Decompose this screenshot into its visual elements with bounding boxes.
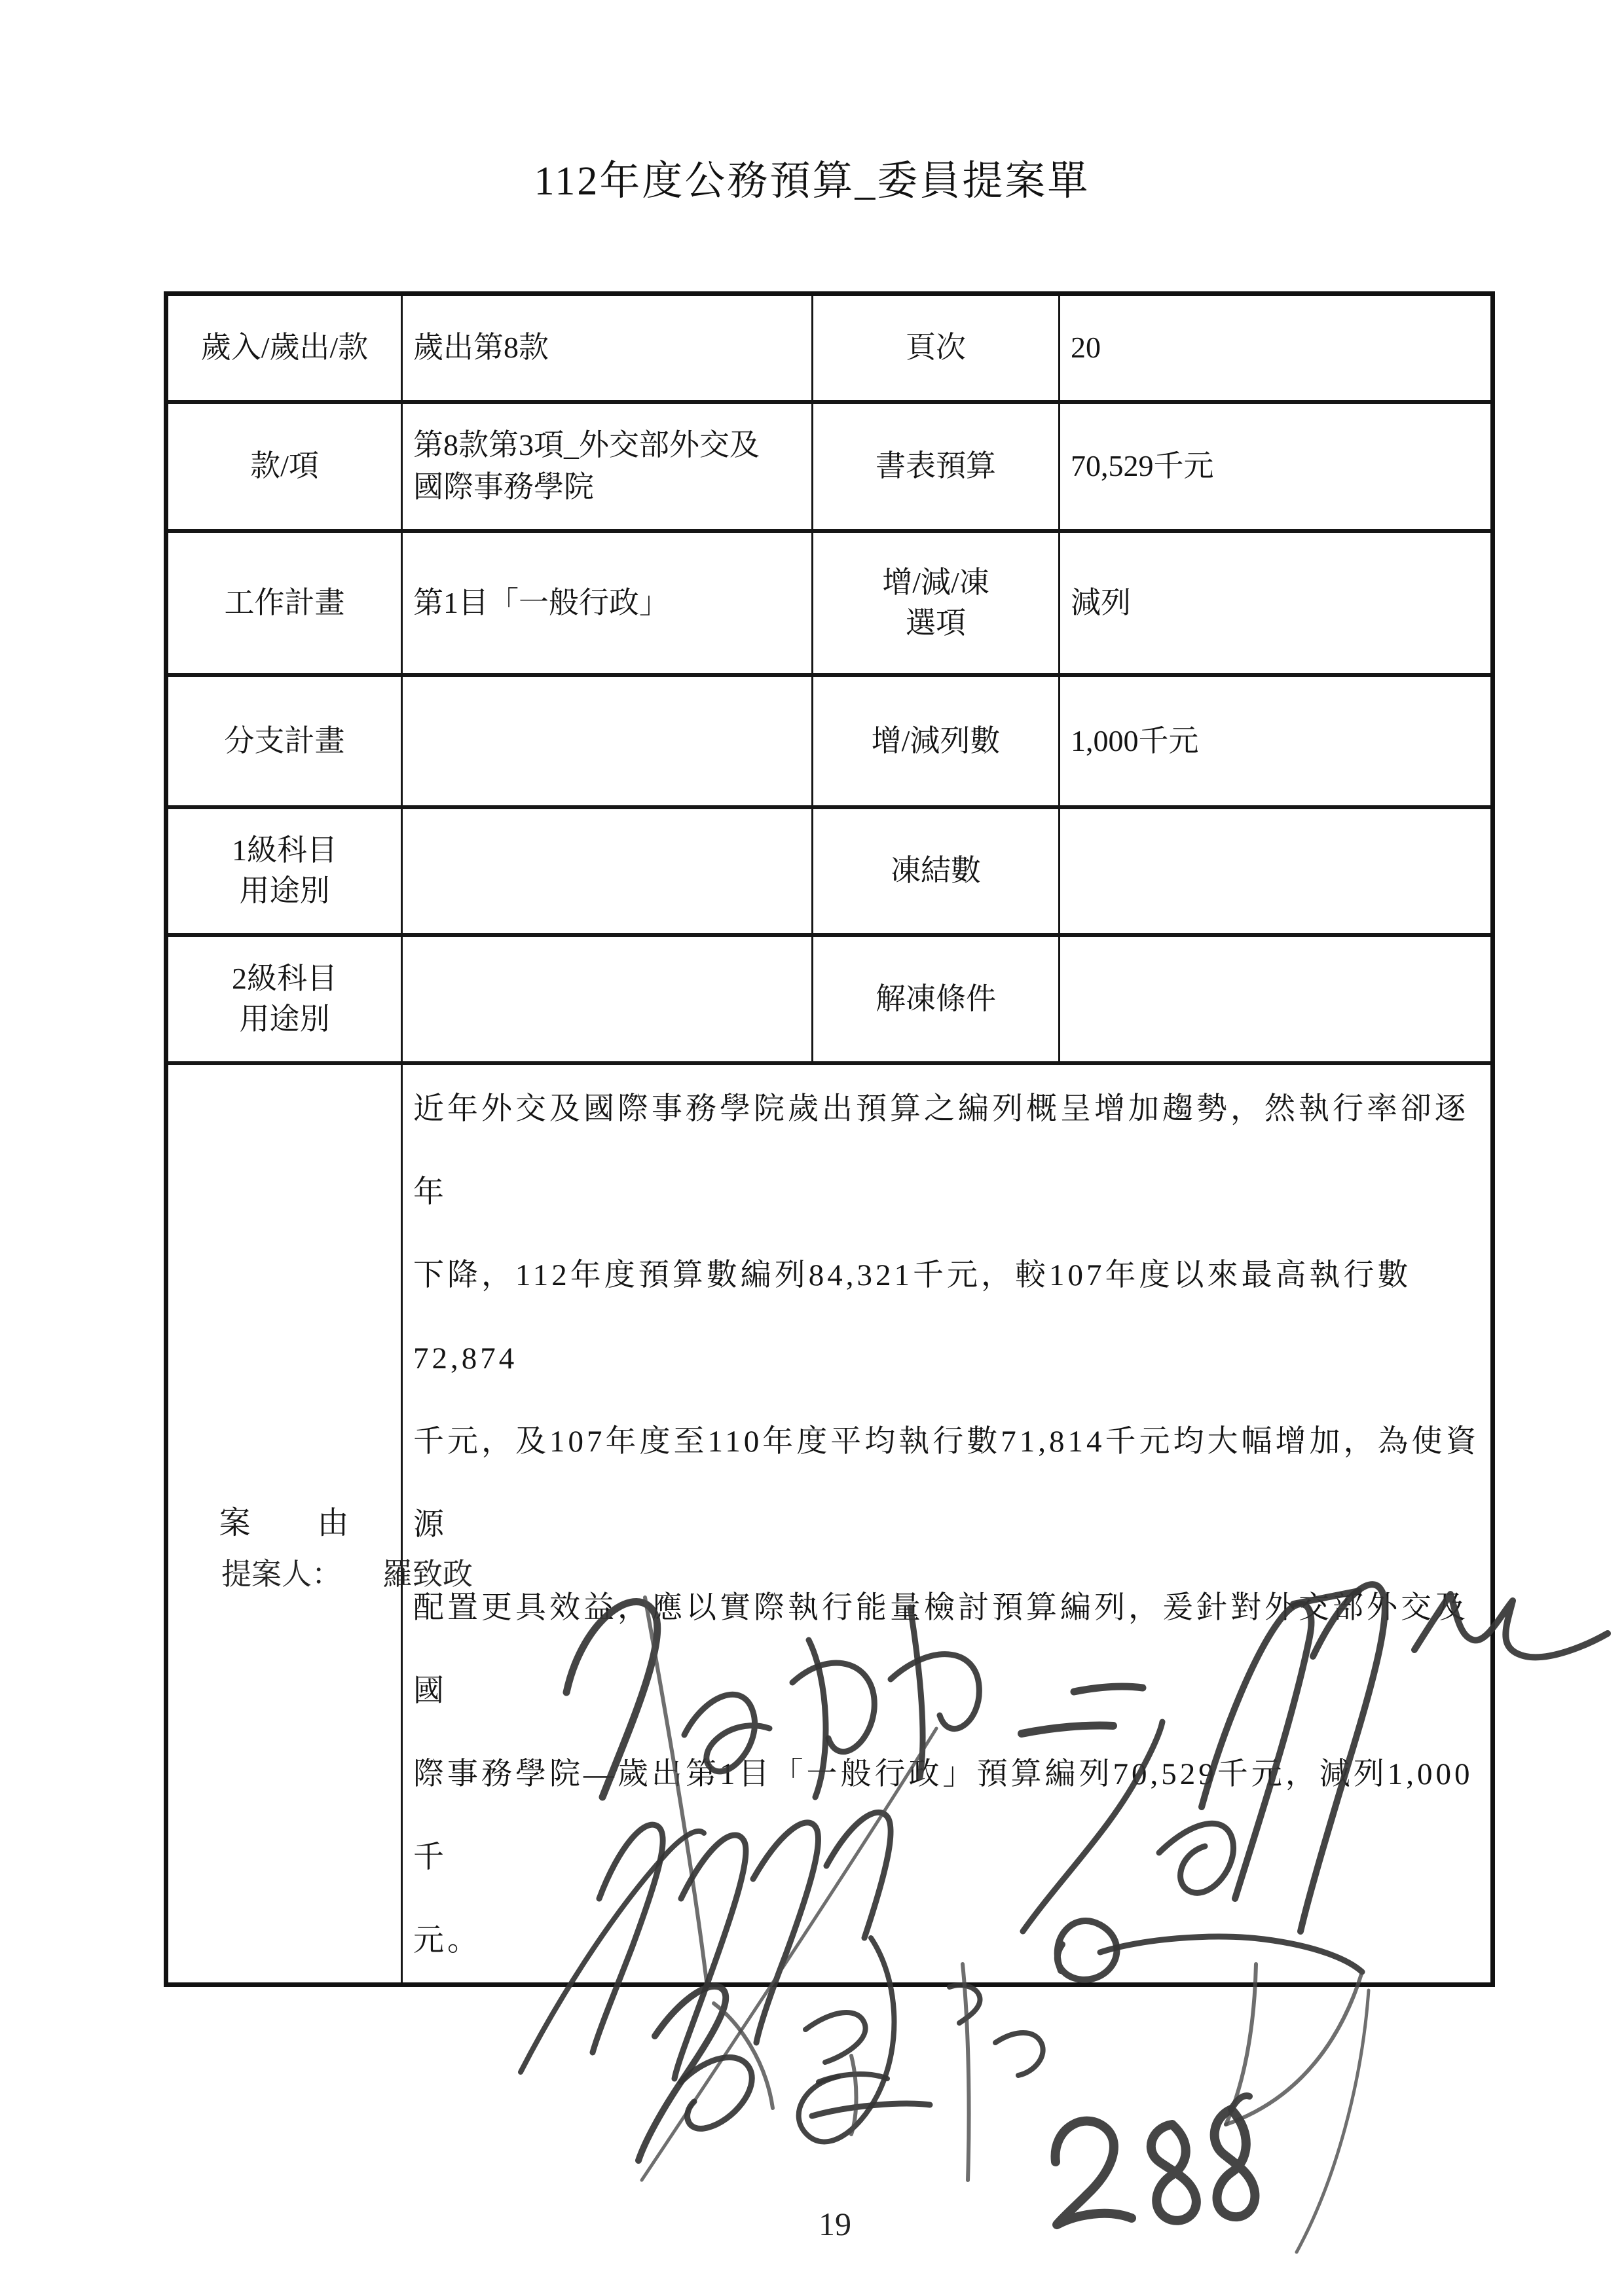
page-title: 112年度公務預算_委員提案單 <box>0 148 1624 206</box>
field-value-branch-plan <box>402 675 813 807</box>
field-value-unfreeze-condition <box>1060 935 1493 1063</box>
field-label-adjust-amount: 增/減列數 <box>813 675 1060 807</box>
field-label-page-index: 頁次 <box>813 294 1060 402</box>
proposer-name: 羅致政 <box>382 1558 473 1591</box>
field-label-frozen-amount: 凍結數 <box>813 807 1060 935</box>
field-label-work-plan: 工作計畫 <box>166 531 402 675</box>
table-row: 2級科目 用途別 解凍條件 <box>166 935 1493 1063</box>
field-value-adjust-option: 減列 <box>1060 531 1493 675</box>
field-value-adjust-amount: 1,000千元 <box>1060 675 1493 807</box>
proposer-label: 提案人： <box>221 1558 342 1591</box>
field-value-item: 第8款第3項_外交部外交及國際事務學院 <box>402 402 813 531</box>
handwritten-number-288 <box>1056 2096 1255 2225</box>
signature-4 <box>638 1964 1043 2180</box>
field-label-book-budget: 書表預算 <box>813 402 1060 531</box>
field-label-level1-subject: 1級科目 用途別 <box>166 807 402 935</box>
field-value-frozen-amount <box>1060 807 1493 935</box>
table-row: 款/項 第8款第3項_外交部外交及國際事務學院 書表預算 70,529千元 <box>166 402 1493 531</box>
field-value-level2-subject <box>402 935 813 1063</box>
field-label-level2-subject: 2級科目 用途別 <box>166 935 402 1063</box>
case-reason-text: 近年外交及國際事務學院歲出預算之編列概呈增加趨勢，然執行率卻逐年 下降，112年… <box>402 1063 1493 1985</box>
field-value-page-index: 20 <box>1060 294 1493 402</box>
field-value-work-plan: 第1目「一般行政」 <box>402 531 813 675</box>
table-row: 1級科目 用途別 凍結數 <box>166 807 1493 935</box>
case-reason-label: 案 由 <box>166 1063 402 1985</box>
scanned-document-page: 112年度公務預算_委員提案單 歲入/歲出/款 歲出第8款 頁次 20 款/項 … <box>0 0 1624 2296</box>
table-row: 工作計畫 第1目「一般行政」 增/減/凍 選項 減列 <box>166 531 1493 675</box>
proposer-line: 提案人：羅致政 <box>221 1550 473 1594</box>
table-row-case: 案 由 近年外交及國際事務學院歲出預算之編列概呈增加趨勢，然執行率卻逐年 下降，… <box>166 1063 1493 1985</box>
field-label-unfreeze-condition: 解凍條件 <box>813 935 1060 1063</box>
field-label-adjust-option: 增/減/凍 選項 <box>813 531 1060 675</box>
table-row: 歲入/歲出/款 歲出第8款 頁次 20 <box>166 294 1493 402</box>
table-row: 分支計畫 增/減列數 1,000千元 <box>166 675 1493 807</box>
page-number: 19 <box>819 2205 851 2243</box>
field-label-branch-plan: 分支計畫 <box>166 675 402 807</box>
field-value-book-budget: 70,529千元 <box>1060 402 1493 531</box>
field-value-level1-subject <box>402 807 813 935</box>
field-label-item: 款/項 <box>166 402 402 531</box>
field-value-revenue-expenditure: 歲出第8款 <box>402 294 813 402</box>
proposal-form-table: 歲入/歲出/款 歲出第8款 頁次 20 款/項 第8款第3項_外交部外交及國際事… <box>164 291 1495 1987</box>
field-label-revenue-expenditure: 歲入/歲出/款 <box>166 294 402 402</box>
